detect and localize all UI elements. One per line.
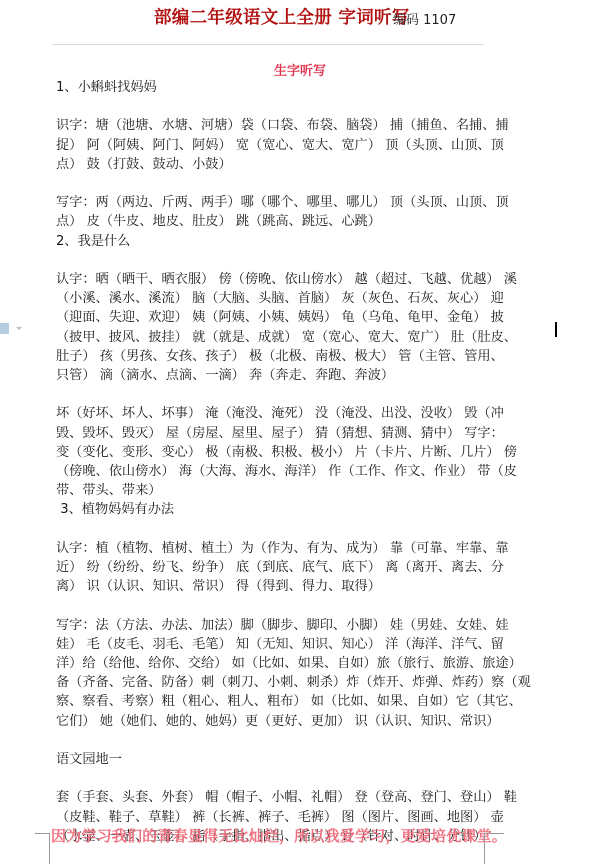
- lesson-heading: 1、小蝌蚪找妈妈: [56, 78, 556, 97]
- text-line: 娃） 毛（皮毛、羽毛、毛笔） 知（无知、知识、知心） 洋（海洋、洋气、留: [56, 635, 556, 654]
- text-line: （小溪、溪水、溪流） 脑（大脑、头脑、首脑） 灰（灰色、石灰、灰心） 迎: [56, 289, 556, 308]
- text-line: 认字：植（植物、植树、植土）为（作为、有为、成为） 靠（可靠、牢靠、靠: [56, 539, 556, 558]
- dropdown-arrow-icon: [16, 327, 22, 330]
- document-title: 部编二年级语文上全册 字词听写: [154, 4, 410, 29]
- document-code: 编码 1107: [393, 9, 456, 28]
- page-footer: 因为学习我们的青春显得无比灿烂，所以我爱学习，更爱培优课堂。: [0, 825, 600, 865]
- text-line: 点） 皮（牛皮、地皮、肚皮） 跳（跳高、跳远、心跳）: [56, 212, 556, 231]
- text-line: 识字：塘（池塘、水塘、河塘）袋（口袋、布袋、脑袋） 捕（捕鱼、名捕、捕: [56, 116, 556, 135]
- text-line: 带、带头、带来）: [56, 481, 556, 500]
- lesson-heading: 语文园地一: [56, 750, 556, 769]
- text-line: 套（手套、头套、外套） 帽（帽子、小帽、礼帽） 登（登高、登门、登山） 鞋: [56, 788, 556, 807]
- text-line: 它们） 她（她们、她的、她妈）更（更好、更加） 识（认识、知识、常识）: [56, 712, 556, 731]
- text-line: 察、察看、考察）粗（粗心、粗人、粗布） 如（比如、如果、自如）它（其它、: [56, 692, 556, 711]
- text-line: 坏（好坏、坏人、坏事） 淹（淹没、淹死） 没（淹没、出没、没收） 毁（冲: [56, 404, 556, 423]
- text-line: 毁、毁坏、毁灭） 屋（房屋、屋里、屋子） 猜（猜想、猜测、猜中） 写字：: [56, 424, 556, 443]
- text-line: 洋）给（给他、给你、交给） 如（比如、如果、自如）旅（旅行、旅游、旅途）: [56, 654, 556, 673]
- lesson-heading: 3、植物妈妈有办法: [56, 500, 556, 519]
- text-line: 变（变化、变形、变心） 极（南极、积极、极小） 片（卡片、片断、几片） 傍: [56, 443, 556, 462]
- text-line: 认字：晒（晒干、晒衣服） 傍（傍晚、依山傍水） 越（超过、飞越、优越） 溪: [56, 270, 556, 289]
- text-line: （迎面、失迎、欢迎） 姨（阿姨、小姨、姨妈） 龟（乌龟、龟甲、金龟） 披: [56, 308, 556, 327]
- text-line: （皮鞋、鞋子、草鞋） 裤（长裤、裤子、毛裤） 图（图片、图画、地图） 壶: [56, 808, 556, 827]
- document-body[interactable]: 1、小蝌蚪找妈妈 识字：塘（池塘、水塘、河塘）袋（口袋、布袋、脑袋） 捕（捕鱼、…: [56, 78, 556, 846]
- document-icon: [0, 323, 9, 334]
- text-line: 写字：两（两边、斤两、两手）哪（哪个、哪里、哪儿） 顶（头顶、山顶、顶: [56, 193, 556, 212]
- text-line: （披甲、披风、披挂） 就（就是、成就） 宽（宽心、宽大、宽广） 肚（肚皮、: [56, 328, 556, 347]
- text-line: 点） 鼓（打鼓、鼓动、小鼓）: [56, 155, 556, 174]
- footer-margin-mark-right: [484, 833, 504, 864]
- text-line: 只管） 滴（滴水、点滴、一滴） 奔（奔走、奔跑、奔波）: [56, 366, 556, 385]
- text-line: 近） 纷（纷纷、纷飞、纷争） 底（到底、底气、底下） 离（离开、离去、分: [56, 558, 556, 577]
- text-line: 写字：法（方法、办法、加法）脚（脚步、脚印、小脚） 娃（男娃、女娃、娃: [56, 616, 556, 635]
- text-line: 离） 识（认识、知识、常识） 得（得到、得力、取得）: [56, 577, 556, 596]
- text-line: （傍晚、依山傍水） 海（大海、海水、海洋） 作（工作、作文、作业） 带（皮: [56, 462, 556, 481]
- text-line: 备（齐备、完备、防备）刺（刺刀、小刺、刺杀）炸（炸开、炸弹、炸药）察（观: [56, 673, 556, 692]
- text-line: 肚子） 孩（男孩、女孩、孩子） 极（北极、南极、极大） 管（主管、管用、: [56, 347, 556, 366]
- footer-margin-mark-left: [35, 833, 50, 864]
- footer-slogan: 因为学习我们的青春显得无比灿烂，所以我爱学习，更爱培优课堂。: [51, 825, 507, 846]
- section-title: 生字听写: [0, 60, 600, 79]
- header-divider: [52, 44, 484, 45]
- text-line: 捉） 阿（阿姨、阿门、阿妈） 宽（宽心、宽大、宽广） 顶（头顶、山顶、顶: [56, 136, 556, 155]
- paste-options-icon[interactable]: [0, 323, 22, 335]
- lesson-heading: 2、我是什么: [56, 232, 556, 251]
